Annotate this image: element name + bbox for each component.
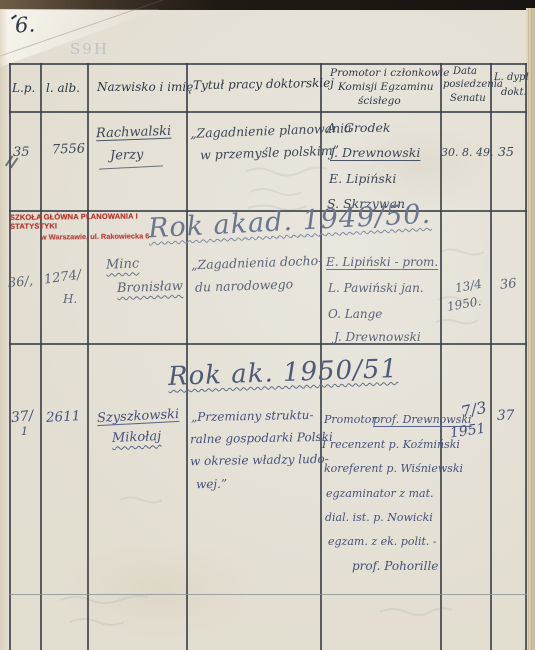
row35-committee-3: E. Lipiński (329, 172, 396, 185)
table-border-right (525, 63, 527, 650)
row35-dypl: 35 (498, 145, 514, 158)
row37-title-line4: wej.” (196, 478, 227, 491)
row37-committee-4: egzaminator z mat. (326, 488, 434, 500)
row37-committee-2: I recenzent p. Koźmiński (322, 439, 460, 451)
row37-committee-5: dial. ist. p. Nowicki (325, 512, 433, 524)
row35-alb: 7556 (52, 142, 86, 157)
row36-dypl: 36 (499, 277, 517, 292)
row37-title-line3: w okresie władzy ludo- (190, 453, 329, 468)
table-vline (40, 63, 42, 650)
header-committee-line2: Komisji Egzaminu (338, 82, 434, 93)
header-dypl-line2: dokt. (501, 88, 527, 99)
row36-firstname: Bronisław (117, 280, 183, 296)
table-border-top (9, 63, 527, 65)
row37-committee-3: koreferent p. Wiśniewski (324, 463, 463, 475)
header-date-line1: Data (453, 67, 477, 78)
scanned-register-page: 6. S9H L.p. l. alb. Nazwisko i imię Tytu… (0, 0, 535, 650)
header-dypl-line1: L. dypl (494, 73, 529, 84)
row36-committee-3: O. Lange (328, 308, 382, 321)
row-divider (9, 343, 527, 345)
row-divider-faint (9, 594, 527, 595)
row36-alb-suffix: H. (63, 293, 77, 306)
header-committee-line3: ścisłego (358, 96, 401, 107)
row36-committee-2: L. Pawiński jan. (328, 282, 424, 295)
row36-surname: Minc (106, 257, 140, 272)
row37-lp-suffix: 1 (21, 426, 28, 438)
row35-firstname: Jerzy (110, 148, 144, 163)
bleedthrough-text: S9H (70, 42, 109, 58)
row36-committee-4: J. Drewnowski (334, 331, 421, 344)
row36-committee-1: E. Lipiński - prom. (326, 256, 438, 269)
row37-title-line1: „Przemiany struktu- (191, 409, 314, 424)
table-vline (87, 63, 89, 650)
header-divider (9, 111, 527, 113)
row37-committee-prefix: Promotor (324, 414, 377, 426)
row37-dypl: 37 (497, 409, 514, 423)
row35-senate-date: 30. 8. 49. (441, 147, 493, 159)
table-border-left (9, 63, 11, 650)
row36-title-line2: du narodowego (195, 277, 294, 294)
header-date-line3: Senatu (450, 94, 486, 105)
row37-firstname: Mikołaj (112, 430, 162, 445)
row37-lp: 37/ (10, 409, 34, 426)
header-alb: l. alb. (46, 82, 80, 95)
row37-title-line2: ralne gospodarki Polski (190, 431, 333, 446)
table-vline (186, 63, 188, 650)
row35-committee-2: J. Drewnowski (330, 146, 420, 159)
row37-committee-6: egzam. z ek. polit. - (328, 536, 437, 548)
row36-lp: 36/, (7, 275, 33, 291)
page-number: 6. (14, 13, 36, 36)
row37-alb: 2611 (46, 409, 81, 425)
header-committee-line1: Promotor i członkowie (330, 68, 449, 79)
row37-committee-7: prof. Pohorille (352, 560, 438, 573)
row35-surname: Rachwalski (96, 125, 172, 141)
header-name: Nazwisko i imię (97, 81, 193, 94)
row35-committee-1: A. Grodek (327, 121, 390, 134)
header-title: Tytuł pracy doktorskiej (193, 77, 334, 92)
header-lp: L.p. (12, 82, 35, 95)
